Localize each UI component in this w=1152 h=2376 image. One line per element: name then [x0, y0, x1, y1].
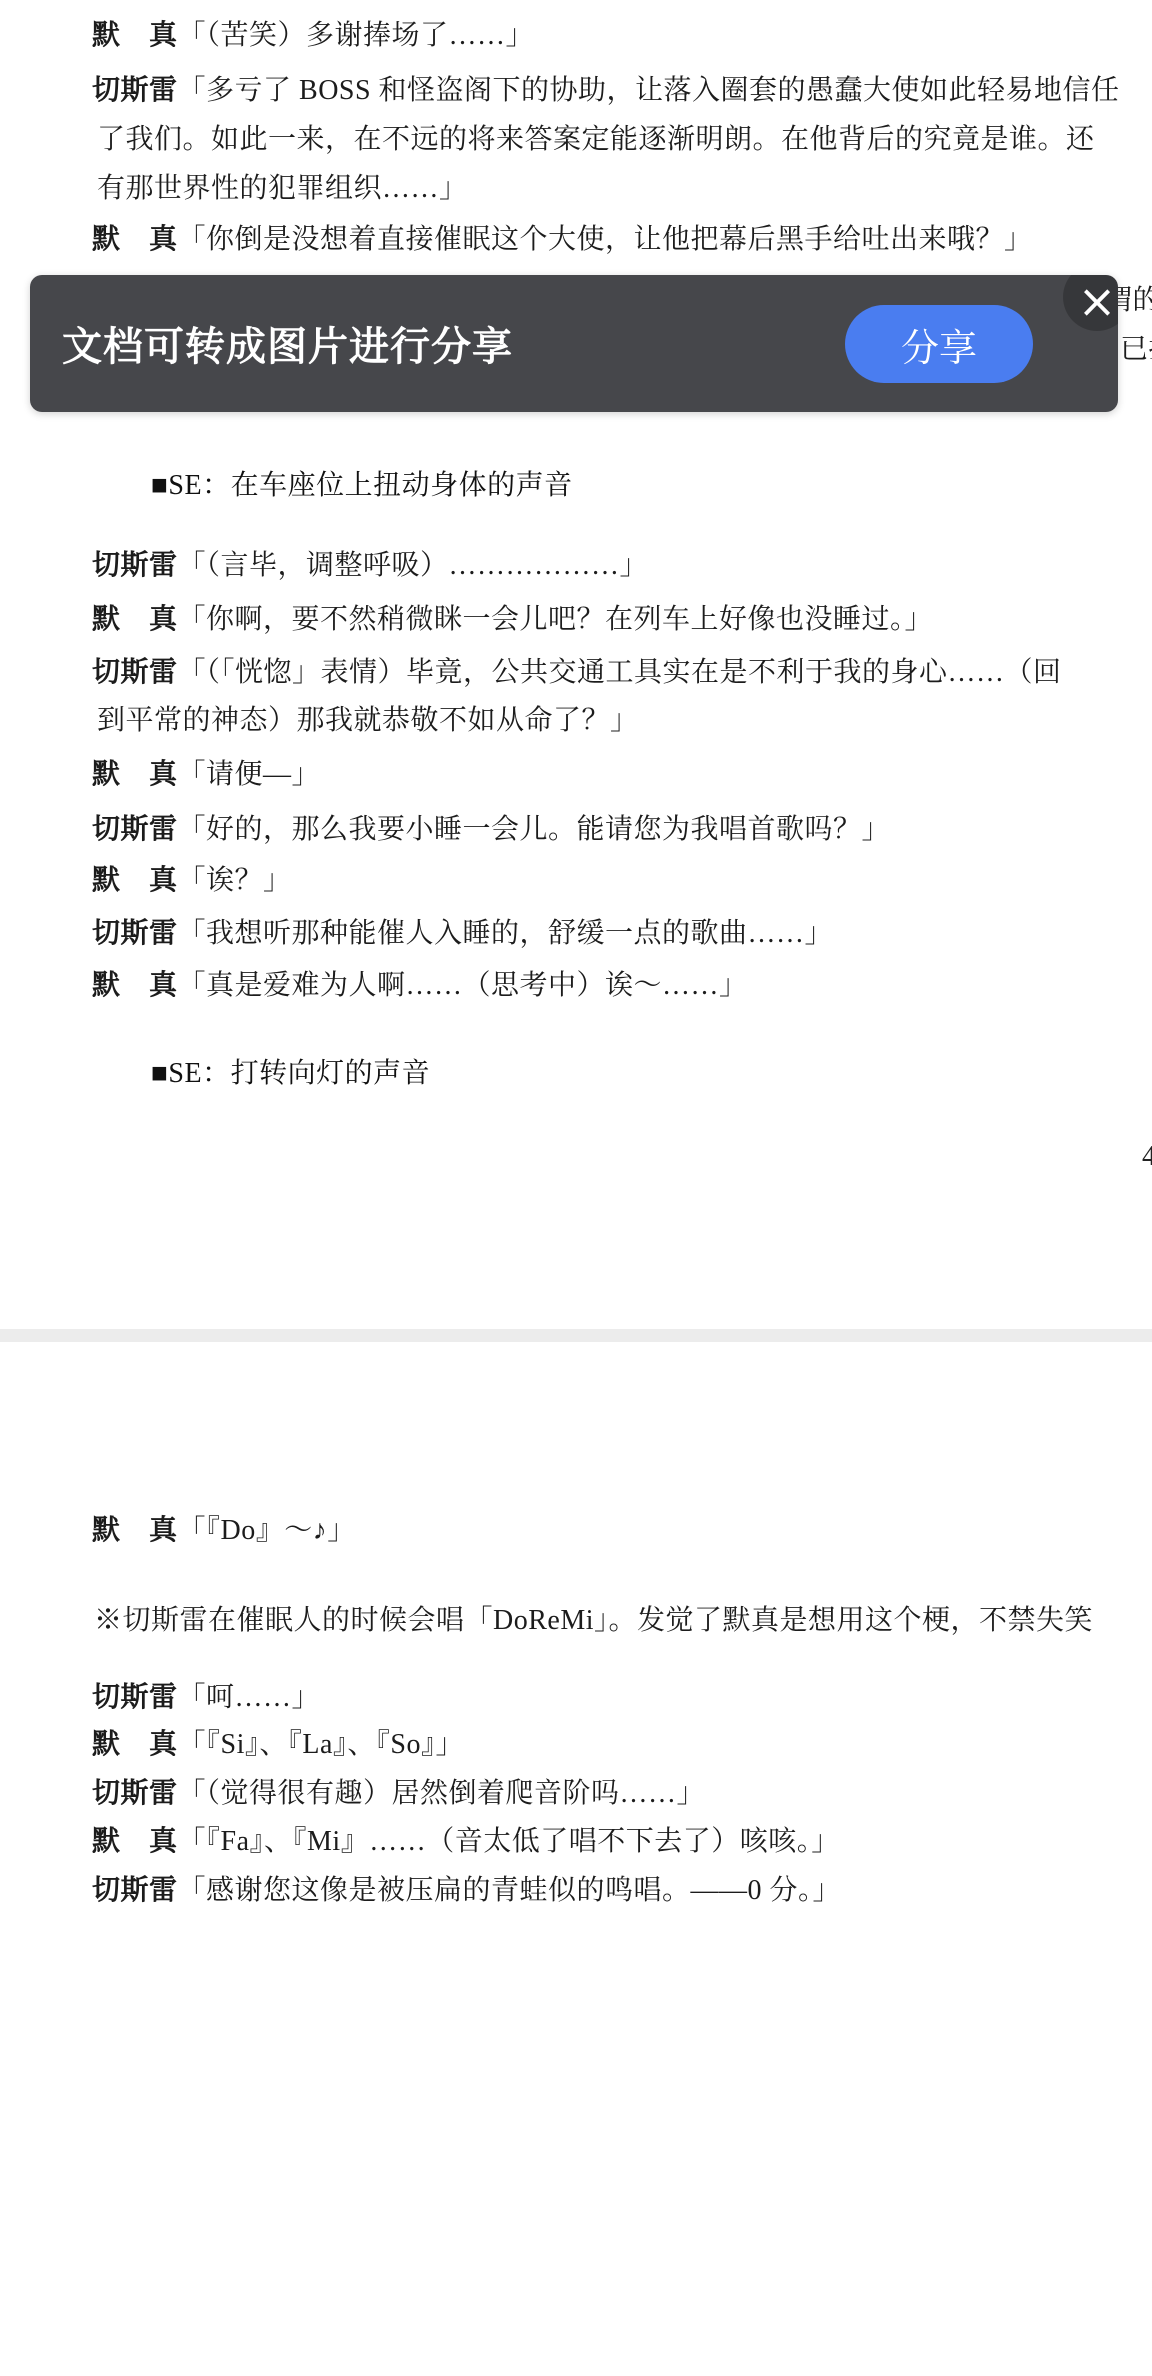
- dialogue-line: 默 真「诶？」: [92, 864, 292, 898]
- line-text: 「多亏了 BOSS 和怪盗阁下的协助，让落入圈套的愚蠢大使如此轻易地信任: [178, 75, 1120, 106]
- speaker-name: 切斯雷: [92, 75, 178, 106]
- dialogue-line: 切斯雷「呵……」: [92, 1681, 320, 1715]
- speaker-name: 切斯雷: [92, 657, 178, 688]
- dialogue-line: 默 真「你倒是没想着直接催眠这个大使，让他把幕后黑手给吐出来哦？」: [92, 223, 1033, 257]
- line-text: 「真是爱难为人啊……（思考中）诶～……」: [178, 970, 748, 1001]
- clipped-text-fragment: 已挂: [1120, 333, 1152, 367]
- line-text: 「请便—」: [178, 759, 321, 790]
- dialogue-continuation-line: 了我们。如此一来，在不远的将来答案定能逐渐明朗。在他背后的究竟是谁。还: [97, 123, 1095, 157]
- line-text: 「『Do』～♪」: [178, 1515, 356, 1546]
- share-toast: 文档可转成图片进行分享 分享 ×: [30, 275, 1118, 412]
- speaker-name: 默 真: [92, 224, 178, 255]
- close-button[interactable]: ×: [1063, 275, 1118, 331]
- dialogue-line: 默 真「『Fa』、『Mi』……（音太低了唱不下去了）咳咳。」: [92, 1825, 840, 1859]
- dialogue-line: 默 真「真是爱难为人啊……（思考中）诶～……」: [92, 969, 748, 1003]
- line-text: 「『Si』、『La』、『So』」: [178, 1729, 464, 1760]
- line-text: 已挂: [1120, 334, 1152, 365]
- speaker-name: 默 真: [92, 20, 178, 51]
- dialogue-line: 切斯雷「我想听那种能催人入睡的，舒缓一点的歌曲……」: [92, 917, 833, 951]
- speaker-name: 默 真: [92, 604, 178, 635]
- speaker-name: 默 真: [92, 865, 178, 896]
- dialogue-line: 切斯雷「感谢您这像是被压扁的青蛙似的鸣唱。——0 分。」: [92, 1874, 841, 1908]
- dialogue-line: 切斯雷「（言毕，调整呼吸）………………」: [92, 549, 648, 583]
- dialogue-line: 默 真「请便—」: [92, 758, 320, 792]
- translator-note-line: ※切斯雷在催眠人的时候会唱「DoReMi」。发觉了默真是想用这个梗，不禁失笑: [94, 1604, 1093, 1638]
- document-viewer[interactable]: 默 真「（苦笑）多谢捧场了……」切斯雷「多亏了 BOSS 和怪盗阁下的协助，让落…: [0, 0, 1152, 2376]
- dialogue-line: 默 真「『Si』、『La』、『So』」: [92, 1728, 464, 1762]
- toast-message: 文档可转成图片进行分享: [62, 275, 513, 412]
- dialogue-line: 默 真「（苦笑）多谢捧场了……」: [92, 19, 534, 53]
- speaker-name: 默 真: [92, 1515, 178, 1546]
- dialogue-continuation-line: 到平常的神态）那我就恭敬不如从命了？」: [97, 704, 639, 738]
- line-text: 了我们。如此一来，在不远的将来答案定能逐渐明朗。在他背后的究竟是谁。还: [97, 124, 1095, 155]
- speaker-name: 切斯雷: [92, 550, 178, 581]
- line-text: 「（「恍惚」表情）毕竟，公共交通工具实在是不利于我的身心……（回: [178, 657, 1062, 688]
- line-text: ※切斯雷在催眠人的时候会唱「DoReMi」。发觉了默真是想用这个梗，不禁失笑: [94, 1605, 1093, 1636]
- page-separator: [0, 1329, 1152, 1342]
- share-button[interactable]: 分享: [845, 305, 1033, 383]
- line-text: 「感谢您这像是被压扁的青蛙似的鸣唱。——0 分。」: [178, 1875, 842, 1906]
- speaker-name: 默 真: [92, 759, 178, 790]
- line-text: 「你倒是没想着直接催眠这个大使，让他把幕后黑手给吐出来哦？」: [178, 224, 1033, 255]
- speaker-name: 切斯雷: [92, 1875, 178, 1906]
- speaker-name: 切斯雷: [92, 1682, 178, 1713]
- line-text: 「（言毕，调整呼吸）………………」: [178, 550, 649, 581]
- close-icon: ×: [1063, 275, 1118, 331]
- dialogue-line: 切斯雷「（觉得很有趣）居然倒着爬音阶吗……」: [92, 1777, 705, 1811]
- line-text: 「（觉得很有趣）居然倒着爬音阶吗……」: [178, 1778, 706, 1809]
- speaker-name: 默 真: [92, 1729, 178, 1760]
- page-number-partial: 4: [1142, 1141, 1152, 1173]
- line-text: 「诶？」: [178, 865, 292, 896]
- line-text: ■SE：打转向灯的声音: [151, 1058, 430, 1089]
- sound-effect-line: ■SE：打转向灯的声音: [151, 1057, 430, 1091]
- dialogue-line: 切斯雷「好的，那么我要小睡一会儿。能请您为我唱首歌吗？」: [92, 813, 890, 847]
- speaker-name: 默 真: [92, 1826, 178, 1857]
- line-text: 「你啊，要不然稍微眯一会儿吧？在列车上好像也没睡过。」: [178, 604, 934, 635]
- line-text: 到平常的神态）那我就恭敬不如从命了？」: [97, 705, 639, 736]
- line-text: ■SE：在车座位上扭动身体的声音: [151, 470, 573, 501]
- line-text: 「呵……」: [178, 1682, 321, 1713]
- line-text: 有那世界性的犯罪组织……」: [97, 173, 468, 204]
- dialogue-line: 默 真「你啊，要不然稍微眯一会儿吧？在列车上好像也没睡过。」: [92, 603, 933, 637]
- dialogue-line: 切斯雷「多亏了 BOSS 和怪盗阁下的协助，让落入圈套的愚蠢大使如此轻易地信任: [92, 74, 1120, 108]
- speaker-name: 切斯雷: [92, 918, 178, 949]
- dialogue-continuation-line: 有那世界性的犯罪组织……」: [97, 172, 468, 206]
- line-text: 「（苦笑）多谢捧场了……」: [178, 20, 535, 51]
- line-text: 「我想听那种能催人入睡的，舒缓一点的歌曲……」: [178, 918, 834, 949]
- sound-effect-line: ■SE：在车座位上扭动身体的声音: [151, 469, 573, 503]
- line-text: 「『Fa』、『Mi』……（音太低了唱不下去了）咳咳。」: [178, 1826, 840, 1857]
- speaker-name: 默 真: [92, 970, 178, 1001]
- line-text: 「好的，那么我要小睡一会儿。能请您为我唱首歌吗？」: [178, 814, 891, 845]
- dialogue-line: 切斯雷「（「恍惚」表情）毕竟，公共交通工具实在是不利于我的身心……（回: [92, 656, 1062, 690]
- dialogue-line: 默 真「『Do』～♪」: [92, 1514, 356, 1548]
- speaker-name: 切斯雷: [92, 1778, 178, 1809]
- speaker-name: 切斯雷: [92, 814, 178, 845]
